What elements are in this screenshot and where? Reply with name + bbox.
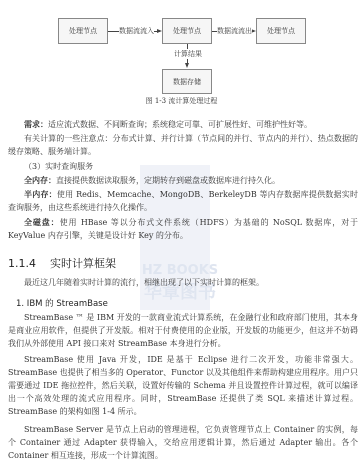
- edge-label-in: 数据流流入: [119, 26, 154, 36]
- paragraph-all-memory: 全内存：直接提供数据读取服务，定期转存到磁盘或数据库进行持久化。: [8, 174, 358, 187]
- node-process-2: 处理节点: [162, 18, 212, 44]
- paragraph-streambase-1: StreamBase ™ 是 IBM 开发的一款商业流式计算系统，在金融行业和政…: [8, 311, 358, 350]
- text-disk: 使用 HBase 等以分布式文件系统（HDFS）为基础的 NoSQL 数据库，对…: [8, 218, 358, 240]
- label-half-memory: 半内存：: [24, 189, 57, 199]
- label-requirements: 需求：: [24, 119, 48, 129]
- label-all-memory: 全内存：: [24, 175, 56, 185]
- edge-label-result: 计算结果: [174, 49, 202, 59]
- section-heading: 1.1.4实时计算框架: [8, 255, 116, 271]
- edge-label-out: 数据流流出: [217, 26, 252, 36]
- figure-caption: 图 1-3 流计算处理过程: [0, 96, 363, 106]
- section-intro: 最近这几年随着实时计算的流行，相继出现了以下实时计算的框架。: [8, 276, 358, 289]
- arrow-right-icon: [157, 29, 162, 33]
- section-number: 1.1.4: [8, 257, 36, 270]
- paragraph-disk: 全磁盘：使用 HBase 等以分布式文件系统（HDFS）为基础的 NoSQL 数…: [8, 216, 358, 242]
- paragraph-half-memory: 半内存：使用 Redis、Memcache、MongoDB、BerkeleyDB…: [8, 188, 358, 214]
- text-half-memory: 使用 Redis、Memcache、MongoDB、BerkeleyDB 等内存…: [8, 190, 358, 212]
- text-all-memory: 直接提供数据读取服务，定期转存到磁盘或数据库进行持久化。: [56, 176, 280, 185]
- paragraph-streambase-3: StreamBase Server 是节点上启动的管理进程，它负责管理节点上 C…: [8, 423, 358, 462]
- label-disk: 全磁盘：: [24, 217, 60, 227]
- node-process-3: 处理节点: [256, 18, 306, 44]
- node-process-1: 处理节点: [58, 18, 108, 44]
- paragraph-notes: 有关计算的一些注意点：分布式计算、并行计算（节点间的并行、节点内的并行）、热点数…: [8, 132, 358, 158]
- node-storage: 数据存储: [162, 69, 212, 94]
- paragraph-streambase-2: StreamBase 使用 Java 开发，IDE 是基于 Eclipse 进行…: [8, 353, 358, 418]
- arrow-down-icon: [185, 63, 189, 68]
- text-requirements: 适应流式数据、不间断查询；系统稳定可靠、可扩展性好、可维护性好等。: [48, 120, 312, 129]
- paragraph-requirements: 需求：适应流式数据、不间断查询；系统稳定可靠、可扩展性好、可维护性好等。: [8, 118, 358, 131]
- subheading-3: （3）实时查询服务: [8, 160, 358, 173]
- section-title: 实时计算框架: [50, 257, 116, 270]
- subsection-heading: 1. IBM 的 StreamBase: [16, 297, 108, 309]
